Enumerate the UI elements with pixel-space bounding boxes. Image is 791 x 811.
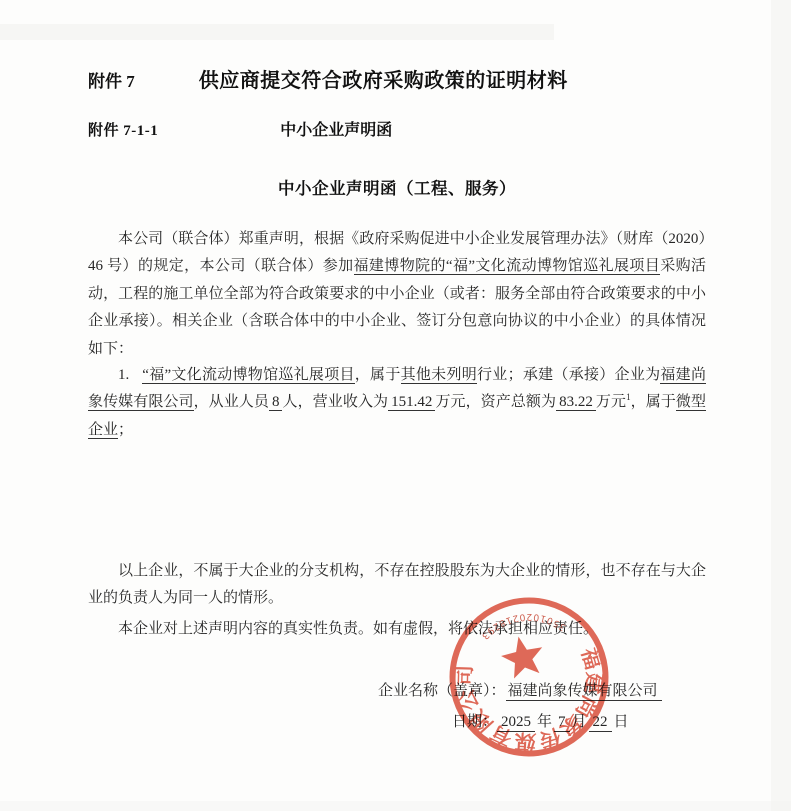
revenue-underlined: 151.42: [388, 394, 435, 411]
date-day: 22: [589, 714, 612, 732]
item-text-8: ；: [118, 422, 133, 438]
seal-company-name: 福建尚象传媒有限公司: [449, 645, 614, 762]
sub-attachment-title: 中小企业声明函: [280, 122, 392, 139]
company-seal-label: 企业名称（盖章）：: [378, 683, 506, 699]
item-text-1: ，属于: [355, 367, 401, 383]
signature-date-line: 日期：2025年7月22日: [452, 710, 631, 731]
item-text-7: ，属于: [631, 394, 676, 410]
item-text-3: ，从业人员: [194, 394, 269, 410]
scan-artifact-strip: [771, 0, 791, 811]
scan-artifact-band-bottom: [0, 801, 791, 811]
item-text-6: 万元: [596, 394, 626, 410]
document-page: 附件 7供应商提交符合政府采购政策的证明材料 附件 7-1-1中小企业声明函 中…: [0, 0, 791, 811]
project-name-underlined: 福建博物院的“福”文化流动博物馆巡礼展项目: [354, 258, 661, 275]
item-text-2: 行业；承建（承接）企业为: [477, 367, 660, 383]
date-year-unit: 年: [537, 714, 552, 730]
svg-text:福建尚象传媒有限公司: 福建尚象传媒有限公司: [449, 645, 614, 762]
item-text-5: 万元，资产总额为: [435, 394, 556, 410]
item-number: 1.: [118, 367, 129, 383]
date-label: 日期：: [452, 714, 497, 730]
sub-attachment-number: 附件 7-1-1: [88, 123, 158, 139]
item-project-underlined: “福”文化流动博物馆巡礼展项目: [142, 367, 355, 384]
assets-underlined: 83.22: [556, 394, 596, 411]
industry-underlined: 其他未列明: [401, 367, 477, 384]
date-month-unit: 月: [572, 714, 587, 730]
attachment-title: 供应商提交符合政府采购政策的证明材料: [199, 70, 568, 92]
responsibility-paragraph: 本企业对上述声明内容的真实性负责。如有虚假，将依法承担相应责任。: [88, 616, 706, 643]
employee-count-underlined: 8: [269, 394, 283, 411]
declaration-paragraph: 本公司（联合体）郑重声明，根据《政府采购促进中小企业发展管理办法》（财库（202…: [88, 226, 706, 363]
date-month: 7: [554, 714, 570, 732]
no-large-enterprise-paragraph: 以上企业，不属于大企业的分支机构，不存在控股股东为大企业的情形，也不存在与大企业…: [88, 558, 706, 613]
enterprise-detail-item: 1.“福”文化流动博物馆巡礼展项目，属于其他未列明行业；承建（承接）企业为福建尚…: [88, 362, 706, 444]
attachment-number: 附件 7: [88, 72, 135, 91]
document-title: 中小企业声明函（工程、服务）: [88, 175, 706, 199]
signature-company-name: 福建尚象传媒有限公司: [506, 683, 662, 701]
signature-company-line: 企业名称（盖章）：福建尚象传媒有限公司: [378, 679, 662, 700]
item-text-4: 人，营业收入为: [282, 394, 388, 410]
scan-artifact-band: [0, 24, 554, 40]
attachment-header-row: 附件 7供应商提交符合政府采购政策的证明材料: [88, 64, 708, 93]
sub-attachment-header-row: 附件 7-1-1中小企业声明函: [88, 117, 708, 140]
date-day-unit: 日: [614, 714, 629, 730]
date-year: 2025: [497, 714, 535, 732]
